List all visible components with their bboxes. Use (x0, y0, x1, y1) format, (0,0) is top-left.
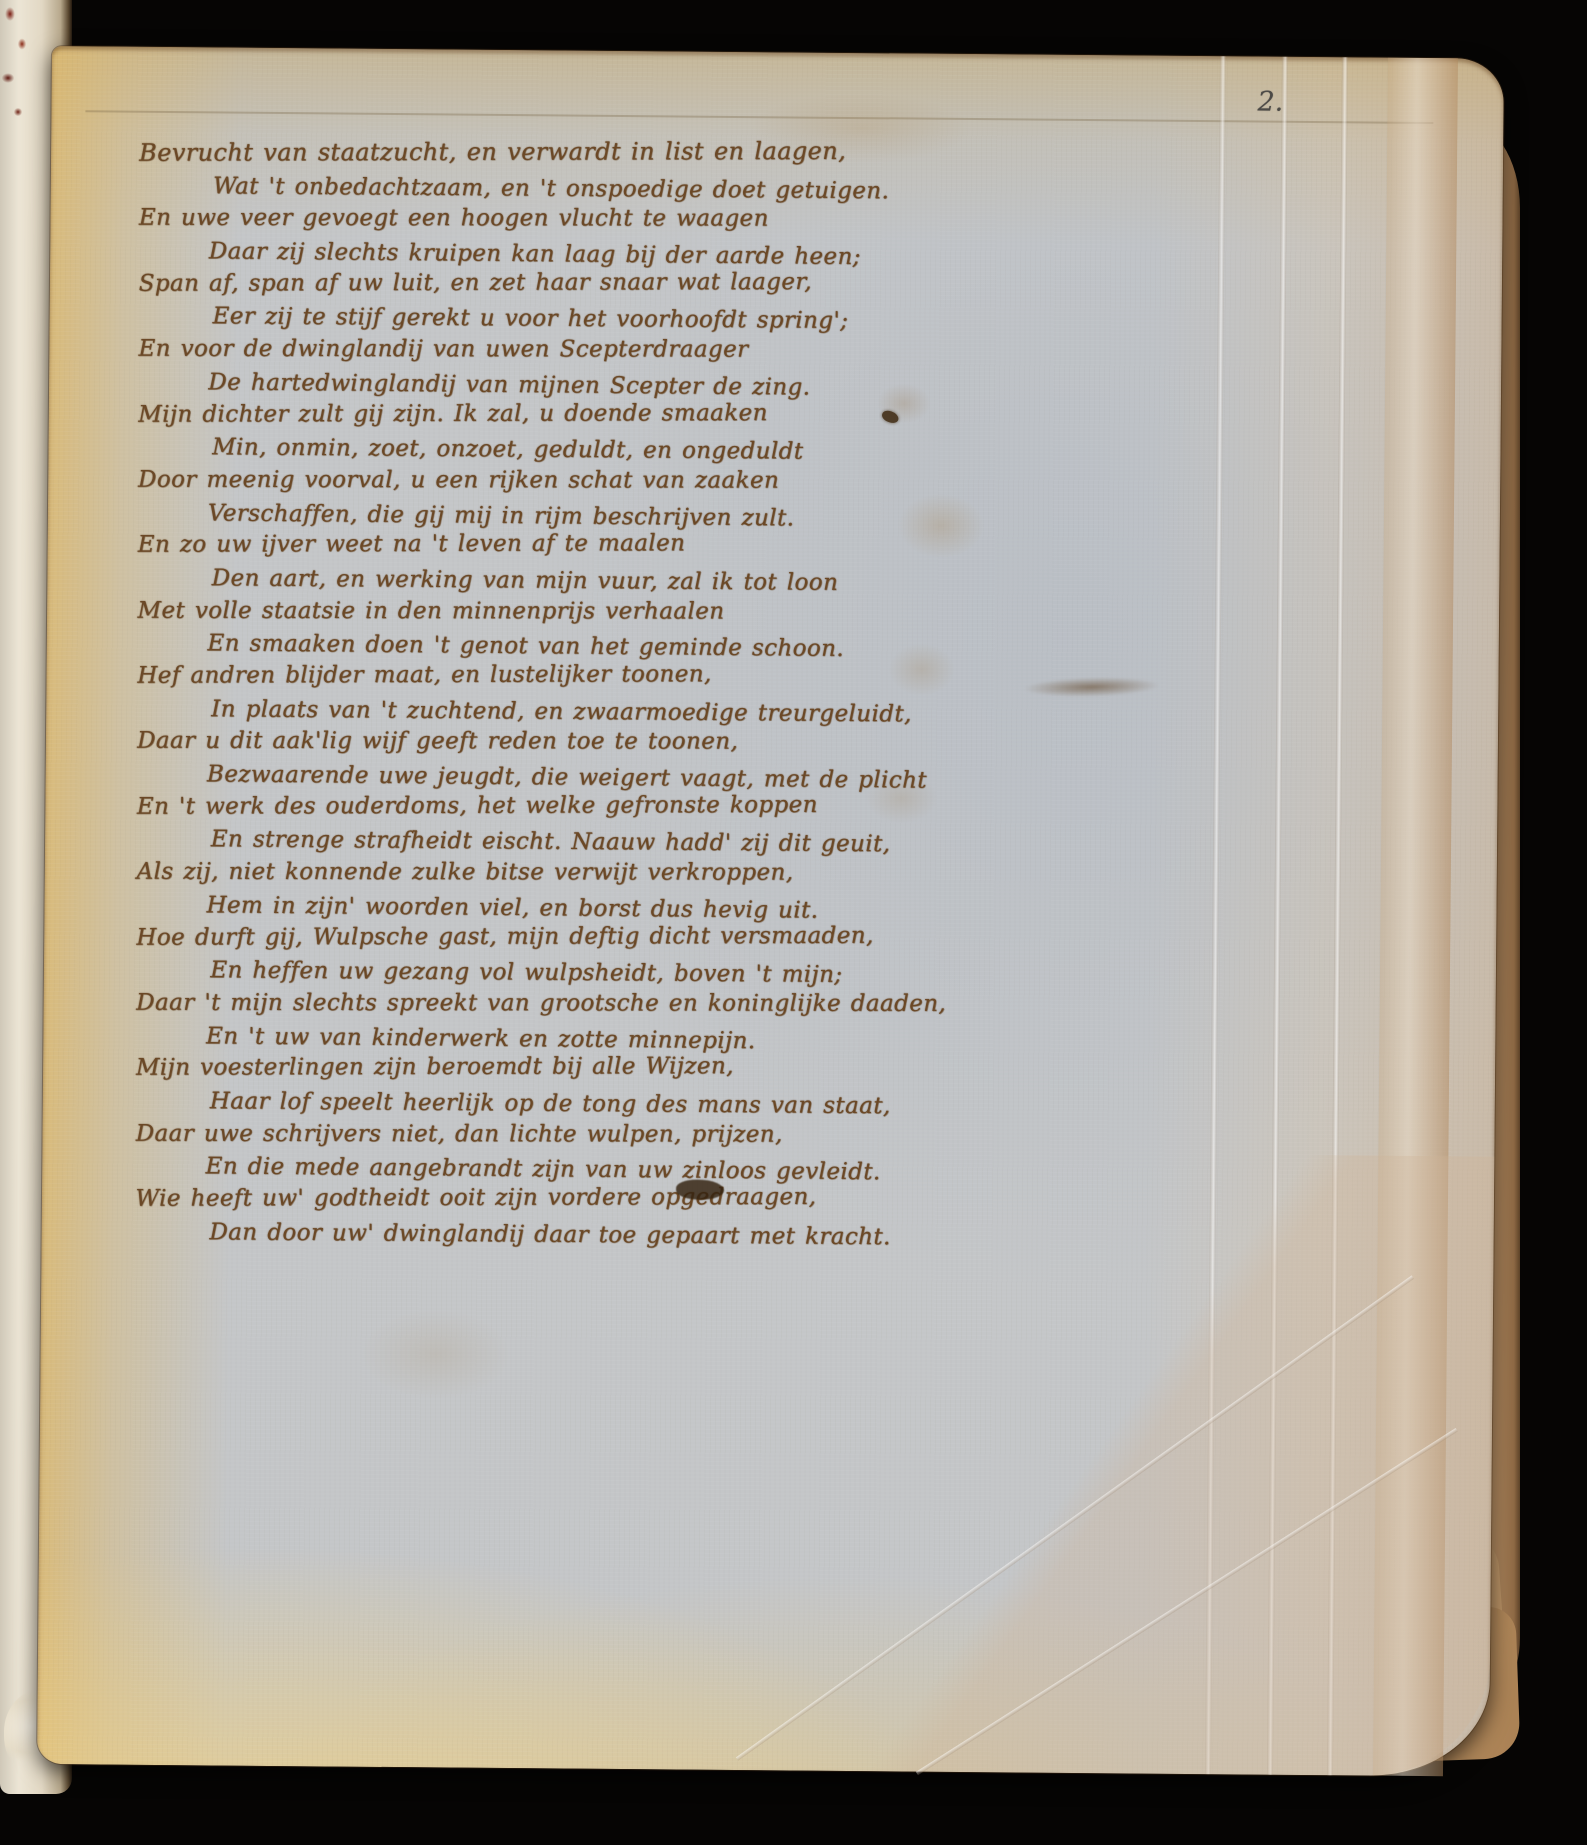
manuscript-text-line: Span af, span af uw luit, en zet haar sn… (139, 265, 1019, 300)
manuscript-text-line: Daar u dit aak'lig wijf geeft reden toe … (137, 725, 1017, 759)
manuscript-text-line: Hoe durft gij, Wulpsche gast, mijn defti… (136, 919, 1016, 954)
paper-stain (360, 1309, 511, 1400)
manuscript-text-line: Door meenig voorval, u een rijken schat … (138, 464, 1018, 498)
manuscript-page: 2. Bevrucht van staatzucht, en verwardt … (37, 46, 1504, 1777)
manuscript-text-line: Mijn voesterlingen zijn beroemdt bij all… (136, 1050, 1016, 1085)
page-number: 2. (1257, 87, 1283, 118)
manuscript-text-line: En voor de dwinglandij van uwen Scepterd… (138, 333, 1018, 367)
manuscript-text-line: Als zij, niet konnende zulke bitse verwi… (137, 856, 1017, 890)
spine-leather-specks (0, 0, 42, 150)
manuscript-text-line: En 't werk des ouderdoms, het welke gefr… (137, 788, 1017, 823)
manuscript-text-line: Met volle staatsie in den minnenprijs ve… (138, 594, 1018, 628)
manuscript-photo: 2. Bevrucht van staatzucht, en verwardt … (0, 0, 1587, 1845)
paper-chain-line (85, 110, 1433, 124)
manuscript-text-line: En uwe veer gevoegt een hoogen vlucht te… (139, 202, 1019, 236)
manuscript-text-line: Dan door uw' dwinglandij daar toe gepaar… (137, 1215, 1017, 1254)
manuscript-text-line: Wie heeft uw' godtheidt ooit zijn vorder… (135, 1180, 1015, 1215)
manuscript-lines: Bevrucht van staatzucht, en verwardt in … (135, 137, 1019, 1251)
manuscript-text-line: Daar uwe schrijvers niet, dan lichte wul… (136, 1117, 1016, 1151)
ink-blot-over-word (676, 1179, 724, 1199)
manuscript-text-line: Hef andren blijder maat, en lustelijker … (137, 657, 1017, 692)
ink-smear (1006, 673, 1177, 701)
manuscript-text-line: En zo uw ijver weet na 't leven af te ma… (138, 527, 1018, 562)
manuscript-text-line: Bevrucht van staatzucht, en verwardt in … (139, 134, 1019, 169)
manuscript-text-line: Daar 't mijn slechts spreekt van grootsc… (136, 987, 1016, 1021)
